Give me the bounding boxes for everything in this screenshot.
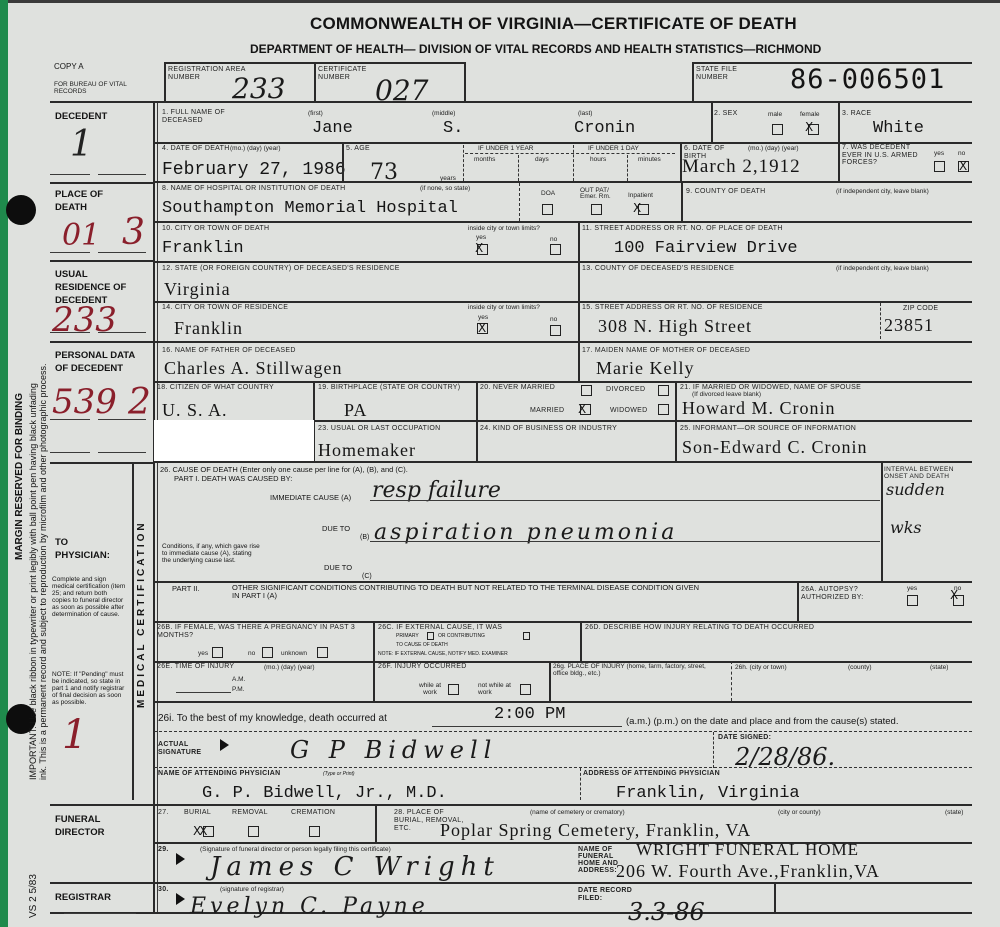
removal-checkbox[interactable]	[248, 826, 259, 837]
birthplace-value: PA	[344, 400, 367, 421]
city-of-residence-yes-check-mark-icon: X	[478, 323, 486, 334]
mother-name-value: Marie Kelly	[596, 358, 694, 379]
registrar-signature[interactable]: Evelyn C. Payne	[190, 894, 429, 919]
never-married-checkbox[interactable]	[581, 385, 592, 396]
part2-label: PART II.	[172, 584, 200, 593]
county-of-residence-note: (if independent city, leave blank)	[836, 265, 929, 272]
funeral-home-address: 206 W. Fourth Ave.,Franklin,VA	[616, 861, 880, 882]
county-of-death-note: (if independent city, leave blank)	[836, 188, 929, 195]
state-of-residence-value: Virginia	[164, 279, 231, 300]
external-primary-label: PRIMARY	[396, 633, 419, 639]
physician-instructions: Complete and sign medical certification …	[52, 576, 126, 618]
attending-physician-label: NAME OF ATTENDING PHYSICIAN	[158, 770, 280, 778]
autopsy-label: 26a. AUTOPSY? AUTHORIZED BY:	[801, 586, 881, 602]
place-of-injury-label: 26g. PLACE OF INJURY (home, farm, factor…	[553, 663, 713, 677]
registrar-signature-note: (signature of registrar)	[220, 886, 284, 893]
funeral-director-signature[interactable]: James C Wright	[210, 852, 500, 882]
injury-occurred-label: 26f. INJURY OCCURRED	[378, 663, 467, 671]
time-of-injury-label: 26e. TIME OF INJURY	[157, 663, 234, 671]
injury-city-label: 26h. (city or town)	[735, 664, 787, 671]
armed-forces-yes-label: yes	[934, 150, 944, 157]
married-check-mark-icon: X	[578, 404, 586, 415]
sex-male-checkbox[interactable]	[772, 124, 783, 135]
race-label: 3. RACE	[842, 110, 871, 118]
cremation-label: CREMATION	[291, 809, 335, 817]
green-margin-strip	[0, 0, 8, 927]
physician-address-label: ADDRESS OF ATTENDING PHYSICIAN	[583, 770, 720, 778]
copy-for-label: FOR BUREAU OF VITAL RECORDS	[54, 81, 134, 95]
business-industry-label: 24. KIND OF BUSINESS OR INDUSTRY	[480, 425, 617, 433]
hospital-value: Southampton Memorial Hospital	[162, 199, 458, 218]
armed-forces-no-label: no	[958, 150, 965, 157]
death-time-label: 26i. To the best of my knowledge, death …	[158, 713, 387, 724]
section-personal-data: PERSONAL DATA OF DECEDENT	[55, 349, 135, 375]
medical-certification-vertical-label: MEDICAL CERTIFICATION	[136, 520, 147, 708]
place-of-death-code-1: 01	[62, 218, 100, 253]
part2-text: OTHER SIGNIFICANT CONDITIONS CONTRIBUTIN…	[232, 584, 702, 600]
spouse-name-note: (If divorced leave blank)	[692, 391, 761, 398]
funeral-signature-arrow-icon	[176, 853, 185, 865]
city-of-death-yes-label: yes	[476, 234, 486, 241]
mother-name-label: 17. MAIDEN NAME OF MOTHER OF DECEASED	[582, 347, 750, 355]
instructions-line-1: IMPORTANT: Use black ribbon in typewrite…	[28, 220, 38, 780]
cremation-checkbox[interactable]	[309, 826, 320, 837]
spouse-name-value: Howard M. Cronin	[682, 398, 836, 419]
county-of-death-label: 9. COUNTY OF DEATH	[686, 188, 765, 196]
race-value: White	[873, 119, 924, 138]
months-label: months	[474, 156, 495, 163]
inpatient-check-mark-icon: X	[633, 203, 641, 214]
place-of-death-code-2: 3	[122, 212, 145, 253]
outpatient-label: OUT PAT/ Emer. Rm.	[580, 188, 614, 200]
external-primary-checkbox[interactable]	[427, 632, 434, 640]
physician-signature[interactable]: G P Bidwell	[290, 736, 497, 764]
time-of-injury-sublabels: (mo.) (day) (year)	[264, 664, 315, 671]
external-contributing-label: or CONTRIBUTING	[438, 633, 485, 639]
birthplace-label: 19. BIRTHPLACE (state or country)	[318, 384, 460, 392]
state-of-residence-label: 12. STATE (OR FOREIGN COUNTRY) OF DECEAS…	[162, 265, 400, 273]
days-label: days	[535, 156, 549, 163]
pregnancy-unknown-checkbox[interactable]	[317, 647, 328, 658]
conditions-note: Conditions, if any, which gave rise to i…	[162, 543, 262, 564]
section-place-of-death: PLACE OF DEATH	[55, 188, 125, 214]
pregnancy-yes-checkbox[interactable]	[212, 647, 223, 658]
physician-code: 1	[62, 712, 87, 758]
residence-address-value: 308 N. High Street	[598, 316, 752, 337]
section-decedent: DECEDENT	[55, 110, 107, 123]
death-time-suffix: (a.m.) (p.m.) on the date and place and …	[626, 716, 898, 727]
while-at-work-label: while at work	[414, 682, 446, 696]
injury-description-label: 26d. DESCRIBE HOW INJURY RELATING TO DEA…	[585, 624, 814, 632]
interval-a-value: sudden	[886, 480, 945, 499]
informant-value: Son-Edward C. Cronin	[682, 437, 868, 458]
hours-label: hours	[590, 156, 606, 163]
pending-note: NOTE: If "Pending" must be indicated, so…	[52, 671, 126, 706]
under-one-day-label: IF UNDER 1 DAY	[588, 145, 639, 152]
minutes-label: minutes	[638, 156, 661, 163]
autopsy-no-check-mark-icon: X	[950, 590, 958, 601]
date-of-birth-value: March 2,1912	[682, 156, 801, 178]
cemetery-name-label: (name of cemetery or crematory)	[530, 809, 625, 816]
widowed-label: WIDOWED	[610, 407, 647, 415]
form-id: VS 2 5/83	[28, 874, 39, 918]
armed-forces-yes-checkbox[interactable]	[934, 161, 945, 172]
age-label: 5. AGE	[346, 145, 370, 153]
outpatient-checkbox[interactable]	[591, 204, 602, 215]
external-to-cause-label: TO CAUSE OF DEATH	[396, 642, 448, 648]
certificate-subtitle: DEPARTMENT OF HEALTH— DIVISION OF VITAL …	[250, 42, 821, 56]
citizenship-label: 18. CITIZEN OF WHAT COUNTRY	[157, 384, 274, 392]
personal-data-code-1: 539	[52, 382, 117, 422]
city-of-death-yes-check-mark-icon: X	[475, 243, 483, 254]
death-certificate-page: COMMONWEALTH OF VIRGINIA—CERTIFICATE OF …	[0, 0, 1000, 927]
removal-label: REMOVAL	[232, 809, 268, 817]
interval-label: INTERVAL BETWEEN ONSET AND DEATH	[884, 466, 970, 480]
cause-b-marker: (B)	[360, 534, 369, 541]
city-of-residence-no-label: no	[550, 316, 557, 323]
father-name-value: Charles A. Stillwagen	[164, 358, 342, 379]
usual-residence-code: 233	[52, 300, 117, 340]
external-contributing-checkbox[interactable]	[523, 632, 530, 640]
external-cause-label: 26c. IF EXTERNAL CAUSE, IT WAS	[378, 624, 502, 632]
am-label: A.M.	[232, 676, 245, 683]
zip-code-label: ZIP CODE	[903, 305, 938, 313]
middle-name-label: (middle)	[432, 110, 455, 117]
city-of-death-value: Franklin	[162, 239, 244, 258]
never-married-label: 20. NEVER MARRIED	[480, 384, 555, 392]
informant-label: 25. INFORMANT—OR SOURCE OF INFORMATION	[680, 425, 856, 433]
city-of-residence-label: 14. CITY OR TOWN OF RESIDENCE	[162, 304, 288, 312]
cause-c-marker: (C)	[362, 573, 372, 580]
external-note: NOTE: IF EXTERNAL CAUSE, NOTIFY MED. EXA…	[378, 651, 508, 657]
pregnancy-label: 26b. IF FEMALE, WAS THERE A PREGNANCY IN…	[157, 624, 357, 640]
under-one-year-label: IF UNDER 1 YEAR	[478, 145, 534, 152]
signature-arrow-icon	[220, 739, 229, 751]
first-name-label: (first)	[308, 110, 323, 117]
disposition-label: 27.	[158, 809, 169, 817]
attending-physician-name: G. P. Bidwell, Jr., M.D.	[202, 784, 447, 803]
full-name-label: 1. FULL NAME OF DECEASED	[162, 109, 252, 125]
due-to-b-label: DUE TO	[322, 524, 350, 533]
section-registrar: REGISTRAR	[55, 891, 111, 904]
autopsy-yes-label: yes	[907, 585, 917, 592]
section-funeral-director: FUNERAL DIRECTOR	[55, 813, 125, 839]
married-label: MARRIED	[530, 407, 564, 415]
armed-forces-label: 7. WAS DECEDENT EVER IN U.S. ARMED FORCE…	[842, 144, 922, 167]
city-of-residence-value: Franklin	[174, 318, 243, 339]
injury-county-label: (county)	[848, 664, 871, 671]
interval-b-value: wks	[890, 518, 922, 537]
last-name-label: (last)	[578, 110, 592, 117]
binding-margin-label: MARGIN RESERVED FOR BINDING	[14, 393, 25, 560]
place-of-death-address-value: 100 Fairview Drive	[614, 239, 798, 258]
pregnancy-unknown-label: unknown	[281, 650, 307, 657]
pregnancy-yes-label: yes	[198, 650, 208, 657]
residence-address-label: 15. STREET ADDRESS OR RT. NO. OF RESIDEN…	[582, 304, 763, 312]
sex-male-label: male	[768, 111, 782, 118]
while-at-work-checkbox[interactable]	[448, 684, 459, 695]
date-of-birth-sublabels: (mo.) (day) (year)	[748, 145, 799, 152]
burial-label: BURIAL	[184, 809, 211, 817]
hospital-note: (if none, so state)	[420, 185, 470, 192]
physician-address-value: Franklin, Virginia	[616, 784, 800, 803]
occupation-value: Homemaker	[318, 440, 416, 461]
armed-forces-no-check-mark-icon: X	[959, 161, 967, 172]
pregnancy-no-checkbox[interactable]	[262, 647, 273, 658]
first-name-value: Jane	[312, 119, 353, 138]
death-time-value: 2:00 PM	[494, 705, 565, 724]
widowed-checkbox[interactable]	[658, 404, 669, 415]
date-filed-value: 3.3-86	[628, 898, 705, 926]
burial-check-mark-icon: XX	[193, 826, 205, 837]
state-file-number: 86-006501	[790, 64, 945, 95]
date-signed-label: DATE SIGNED:	[718, 734, 771, 742]
not-while-at-work-label: not while at work	[478, 682, 518, 696]
citizenship-value: U. S. A.	[162, 400, 228, 421]
injury-state-label: (state)	[930, 664, 948, 671]
city-of-residence-yes-label: yes	[478, 314, 488, 321]
date-of-death-value: February 27, 1986	[162, 160, 346, 180]
inpatient-label: Inpatient	[628, 192, 653, 199]
top-edge	[8, 0, 1000, 3]
sex-label: 2. SEX	[714, 110, 738, 118]
doa-label: DOA	[541, 190, 555, 197]
city-of-death-label: 10. CITY OR TOWN OF DEATH	[162, 225, 269, 233]
section-to-physician: TO PHYSICIAN:	[55, 536, 125, 562]
cause-of-death-label: 26. CAUSE OF DEATH (Enter only one cause…	[160, 466, 408, 474]
decedent-code: 1	[70, 124, 93, 165]
funeral-home-name: WRIGHT FUNERAL HOME	[636, 840, 859, 860]
instructions-line-2: ink. This is a permanent record and subj…	[38, 363, 48, 780]
copy-label: COPY A	[54, 62, 84, 71]
immediate-cause-label: IMMEDIATE CAUSE (A)	[270, 493, 351, 502]
burial-place-value: Poplar Spring Cemetery, Franklin, VA	[440, 820, 751, 841]
due-to-c-label: DUE TO	[324, 563, 352, 572]
registrar-signature-number: 30.	[158, 886, 169, 894]
funeral-signature-number: 29.	[158, 846, 169, 854]
city-of-residence-inside-label: inside city or town limits?	[468, 304, 540, 311]
city-of-death-inside-label: inside city or town limits?	[468, 225, 540, 232]
city-of-death-no-checkbox[interactable]	[550, 244, 561, 255]
sex-female-label: female	[800, 111, 820, 118]
city-of-residence-no-checkbox[interactable]	[550, 325, 561, 336]
divorced-label: DIVORCED	[606, 386, 645, 394]
pregnancy-no-label: no	[248, 650, 255, 657]
last-name-value: Cronin	[574, 119, 635, 138]
registrar-signature-arrow-icon	[176, 893, 185, 905]
pm-label: P.M.	[232, 686, 245, 693]
county-of-residence-label: 13. COUNTY OF DECEASED'S RESIDENCE	[582, 265, 734, 273]
hospital-label: 8. NAME OF HOSPITAL OR INSTITUTION OF DE…	[162, 185, 346, 193]
place-of-death-address-label: 11. STREET ADDRESS OR RT. NO. OF PLACE O…	[582, 225, 783, 233]
occupation-label: 23. USUAL OR LAST OCCUPATION	[318, 425, 441, 433]
zip-code-value: 23851	[884, 315, 934, 336]
divorced-checkbox[interactable]	[658, 385, 669, 396]
personal-data-code-2: 2	[128, 382, 151, 423]
father-name-label: 16. NAME OF FATHER OF DECEASED	[162, 347, 296, 355]
certificate-title: COMMONWEALTH OF VIRGINIA—CERTIFICATE OF …	[310, 14, 797, 34]
middle-name-value: S.	[443, 119, 463, 138]
part1-label: PART I. DEATH WAS CAUSED BY:	[174, 474, 292, 483]
not-while-at-work-checkbox[interactable]	[520, 684, 531, 695]
sex-female-check-mark-icon: X	[805, 122, 813, 133]
cemetery-state-label: (state)	[945, 809, 963, 816]
cemetery-city-label: (city or county)	[778, 809, 821, 816]
date-of-death-sublabels: (mo.) (day) (year)	[230, 145, 281, 152]
doa-checkbox[interactable]	[542, 204, 553, 215]
type-or-print-note: (Type or Print)	[323, 771, 355, 777]
redacted-field-22	[154, 420, 314, 462]
state-file-label: STATE FILE NUMBER	[696, 66, 756, 82]
actual-signature-label: ACTUAL SIGNATURE	[158, 741, 208, 757]
city-of-death-no-label: no	[550, 236, 557, 243]
autopsy-yes-checkbox[interactable]	[907, 595, 918, 606]
